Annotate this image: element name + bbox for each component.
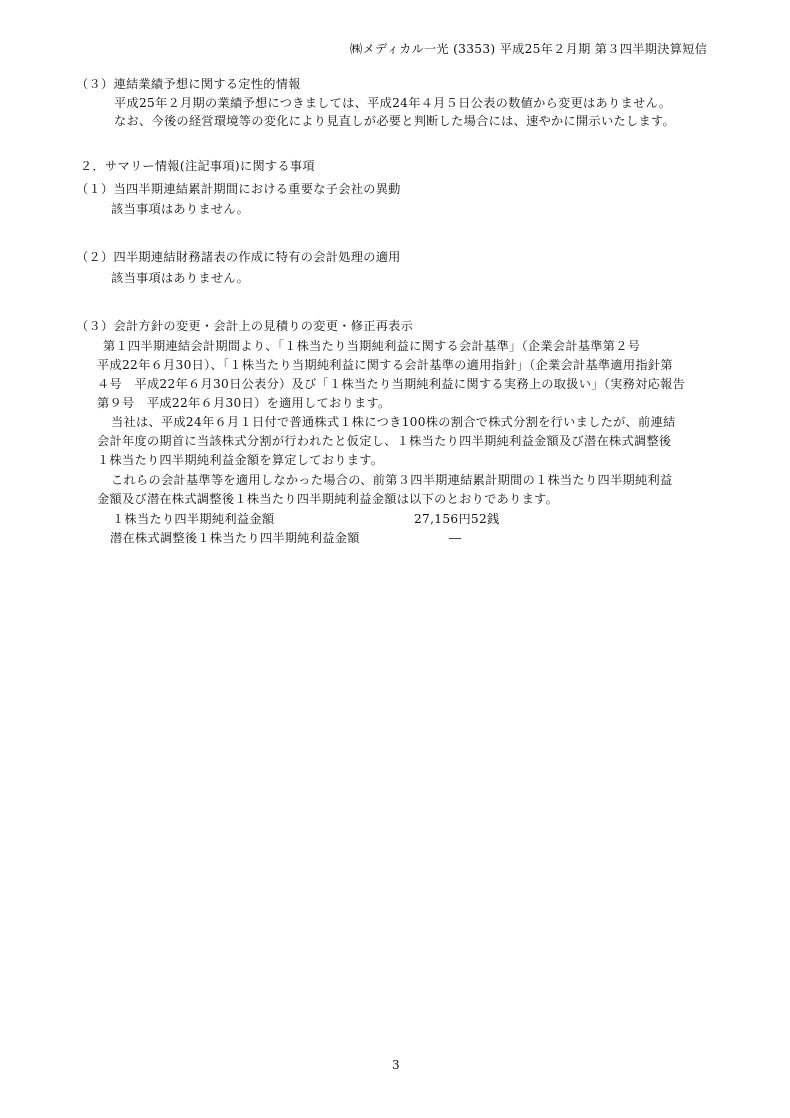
eps-label: １株当たり四半期純利益金額 (112, 511, 274, 527)
paragraph-line: 平成22年６月30日）、「１株当たり当期純利益に関する会計基準の適用指針」（企業… (97, 357, 673, 373)
paragraph-line: 第１四半期連結会計期間より、「１株当たり当期純利益に関する会計基準」（企業会計基… (103, 338, 640, 354)
subsection-heading-3: （３）会計方針の変更・会計上の見積りの変更・修正再表示 (76, 318, 413, 334)
section-heading-summary: ２．サマリー情報(注記事項)に関する事項 (80, 158, 315, 174)
page-header: ㈱メディカル一光 (3353) 平成25年２月期 第３四半期決算短信 (350, 41, 707, 57)
diluted-eps-value: ― (449, 530, 462, 546)
paragraph-line: ４号 平成22年６月30日公表分）及び「１株当たり当期純利益に関する実務上の取扱… (97, 376, 685, 392)
paragraph-line: １株当たり四半期純利益金額を算定しております。 (97, 452, 383, 468)
subsection-heading-1: （１）当四半期連結累計期間における重要な子会社の異動 (76, 181, 401, 197)
subsection-heading-2: （２）四半期連結財務諸表の作成に特有の会計処理の適用 (76, 249, 401, 265)
paragraph-line: これらの会計基準等を適用しなかった場合の、前第３四半期連結累計期間の１株当たり四… (111, 472, 672, 488)
paragraph-line: 金額及び潜在株式調整後１株当たり四半期純利益金額は以下のとおりであります。 (97, 491, 558, 507)
section-heading-forecast: （３）連結業績予想に関する定性的情報 (76, 76, 301, 92)
paragraph-line: 平成25年２月期の業績予想につきましては、平成24年４月５日公表の数値から変更は… (114, 95, 671, 111)
diluted-eps-label: 潜在株式調整後１株当たり四半期純利益金額 (110, 530, 360, 546)
page-number: 3 (392, 1057, 400, 1073)
paragraph-line: 当社は、平成24年６月１日付で普通株式１株につき100株の割合で株式分割を行いま… (111, 414, 676, 430)
paragraph-line: なお、今後の経営環境等の変化により見直しが必要と判断した場合には、速やかに開示い… (114, 113, 675, 129)
subsection-body-1: 該当事項はありません。 (111, 201, 249, 217)
paragraph-line: 会計年度の期首に当該株式分割が行われたと仮定し、１株当たり四半期純利益金額及び潜… (97, 433, 671, 449)
paragraph-line: 第９号 平成22年６月30日）を適用しております。 (97, 395, 390, 411)
subsection-body-2: 該当事項はありません。 (111, 270, 249, 286)
eps-value: 27,156円52銭 (414, 511, 500, 527)
